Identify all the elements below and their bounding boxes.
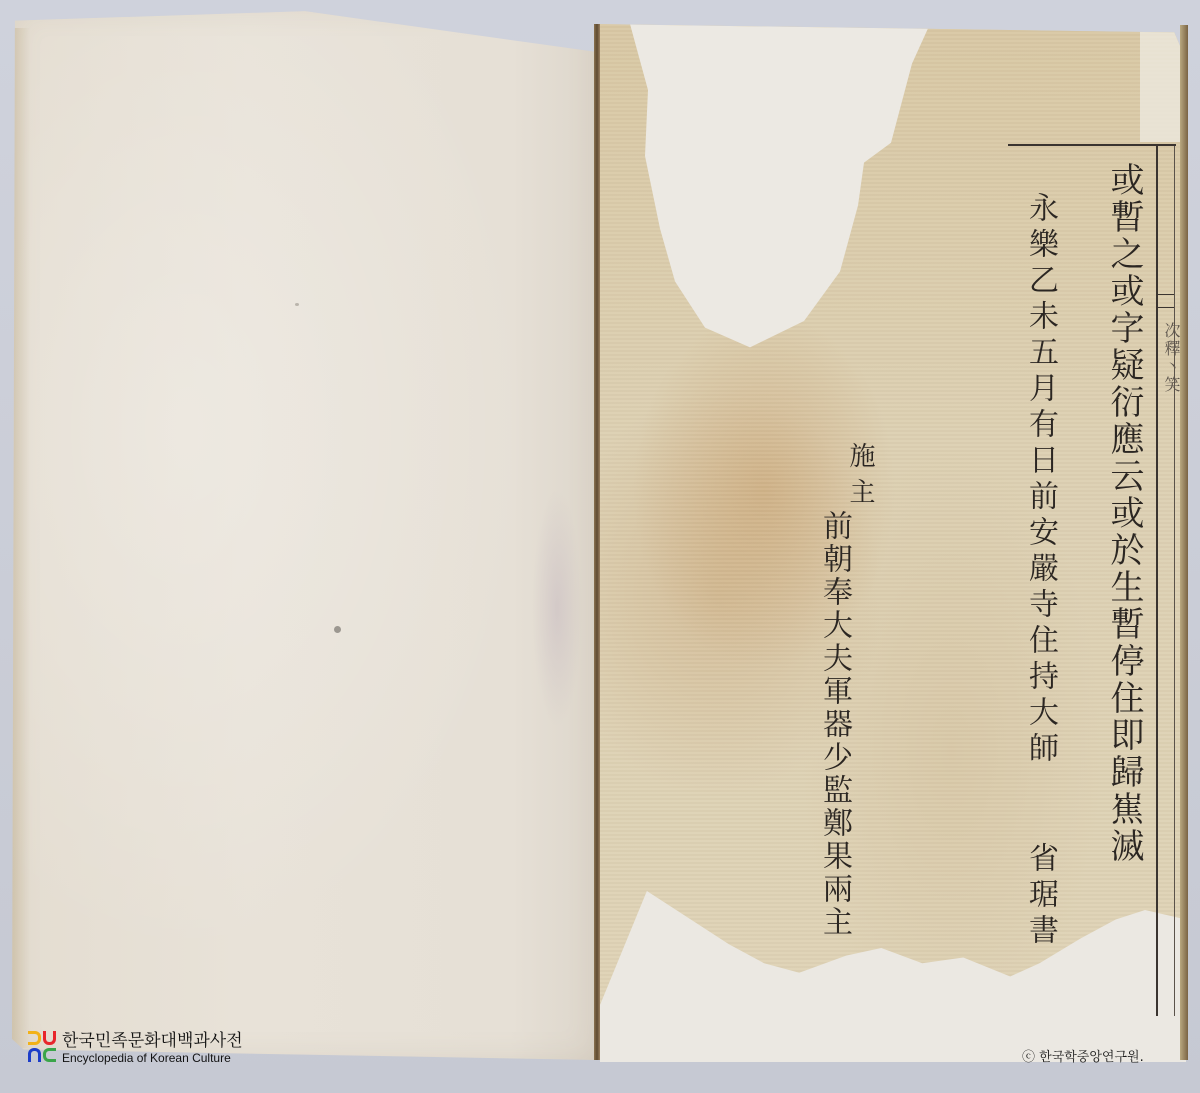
left-page-blank — [12, 8, 598, 1060]
encyclopedia-watermark: 한국민족문화대백과사전 Encyclopedia of Korean Cultu… — [28, 1031, 243, 1065]
main-text-column: 或暫之或字疑衍應云或於生暫停住即歸嶣滅 — [1100, 162, 1149, 865]
left-page-ink-spot — [334, 626, 341, 633]
watermark-title-english: Encyclopedia of Korean Culture — [62, 1052, 243, 1064]
book-right-edge — [1180, 25, 1188, 1060]
book-gutter — [594, 24, 600, 1060]
left-page-small-spot — [295, 303, 299, 306]
watermark-title-korean: 한국민족문화대백과사전 — [62, 1033, 243, 1050]
border-rule-outer — [1174, 146, 1175, 1016]
right-page-colophon: 或暫之或字疑衍應云或於生暫停住即歸嶣滅 次釋丶笑 永樂乙未五月有日前安嚴寺住持大… — [600, 22, 1186, 1062]
signer-column: 省琚書 — [1018, 842, 1062, 950]
border-rule-vertical — [1156, 146, 1158, 1016]
donor-column: 前朝奉大夫軍器少監鄭果兩主 — [812, 510, 856, 939]
date-column: 永樂乙未五月有日前安嚴寺住持大師 — [1018, 192, 1062, 768]
donor-label: 施主 — [842, 442, 879, 514]
border-rule-top — [1008, 144, 1176, 146]
left-page-discoloration — [532, 488, 582, 728]
encyclopedia-logo-icon — [28, 1031, 56, 1065]
left-page-edge-stain — [12, 28, 30, 1048]
copyright-notice: ⓒ 한국학중앙연구원. — [1022, 1046, 1144, 1065]
fish-tail-mark — [1158, 294, 1174, 308]
